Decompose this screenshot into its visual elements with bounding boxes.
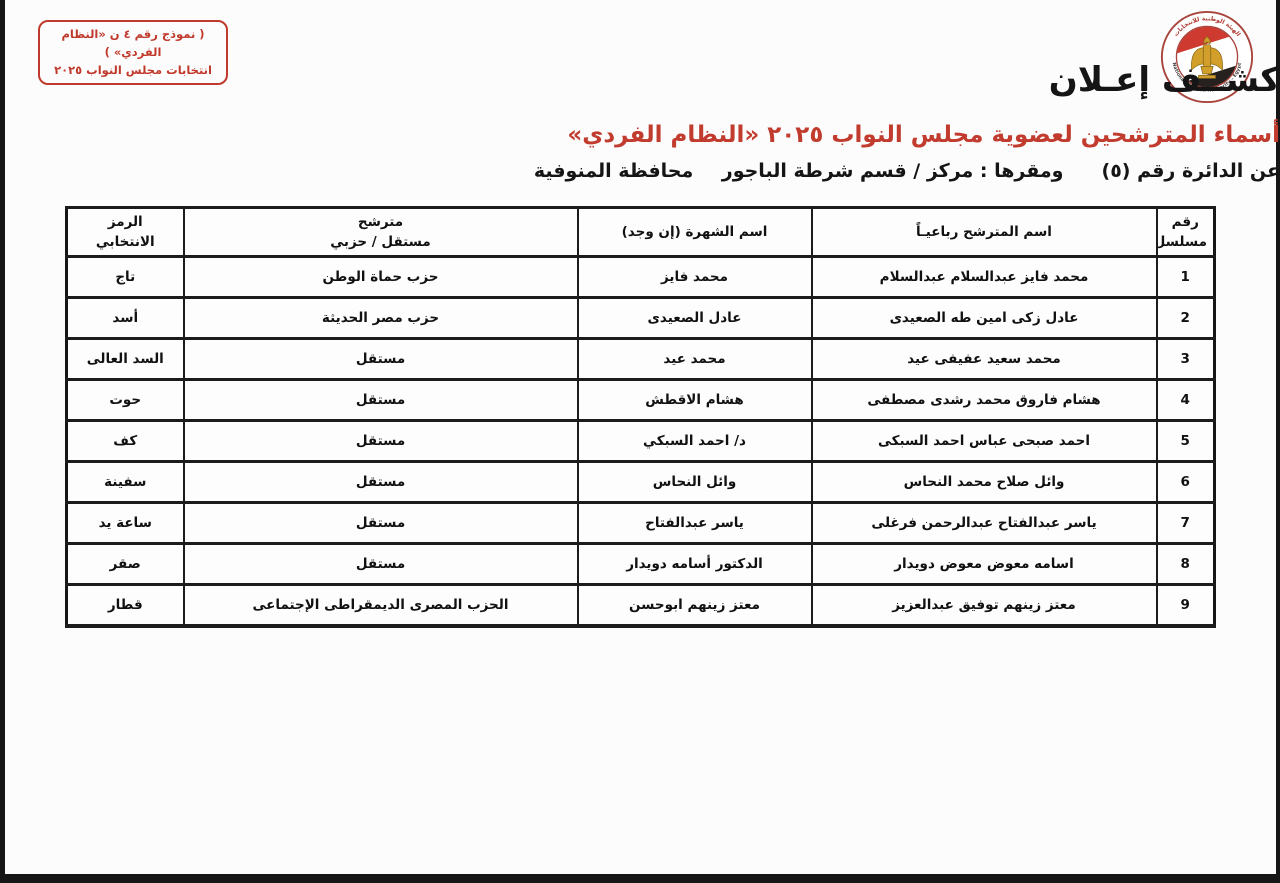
cell-serial: 3 (1157, 339, 1215, 380)
cell-serial: 7 (1157, 503, 1215, 544)
table-row: 8 اسامه معوض معوض دويدار الدكتور أسامه د… (67, 544, 1215, 585)
cell-alias: معتز زينهم ابوحسن (578, 585, 812, 627)
header-symbol-line2: الانتخابي (74, 232, 177, 252)
table-row: 5 احمد صبحى عباس احمد السبكى د/ احمد الس… (67, 421, 1215, 462)
header-symbol: الرمز الانتخابي (67, 208, 184, 257)
scan-edge-bottom (0, 874, 1280, 883)
cell-alias: محمد عيد (578, 339, 812, 380)
header-alias: اسم الشهرة (إن وجد) (578, 208, 812, 257)
cell-symbol: السد العالى (67, 339, 184, 380)
cell-symbol: كف (67, 421, 184, 462)
cell-affiliation: الحزب المصرى الديمقراطى الإجتماعى (184, 585, 578, 627)
cell-affiliation: مستقل (184, 503, 578, 544)
cell-alias: د/ احمد السبكي (578, 421, 812, 462)
cell-symbol: صقر (67, 544, 184, 585)
cell-affiliation: مستقل (184, 421, 578, 462)
cell-full-name: اسامه معوض معوض دويدار (812, 544, 1157, 585)
cell-full-name: ياسر عبدالفتاح عبدالرحمن فرغلى (812, 503, 1157, 544)
header-affiliation-line1: مترشح (191, 212, 571, 232)
cell-affiliation: مستقل (184, 462, 578, 503)
cell-alias: وائل النحاس (578, 462, 812, 503)
header-serial-line2: مسلسل (1164, 232, 1208, 252)
cell-symbol: ساعة يد (67, 503, 184, 544)
cell-serial: 8 (1157, 544, 1215, 585)
cell-full-name: احمد صبحى عباس احمد السبكى (812, 421, 1157, 462)
cell-affiliation: حزب مصر الحديثة (184, 298, 578, 339)
district-line: عن الدائرة رقم (٥) ومقرها : مركز / قسم ش… (0, 160, 1280, 182)
header-row: رقم مسلسل اسم المترشح رباعيـاً اسم الشهر… (67, 208, 1215, 257)
cell-affiliation: مستقل (184, 380, 578, 421)
header-affiliation-line2: مستقل / حزبي (191, 232, 571, 252)
table-row: 9 معتز زينهم توفيق عبدالعزيز معتز زينهم … (67, 585, 1215, 627)
cell-symbol: أسد (67, 298, 184, 339)
header-affiliation: مترشح مستقل / حزبي (184, 208, 578, 257)
table-row: 6 وائل صلاح محمد النحاس وائل النحاس مستق… (67, 462, 1215, 503)
candidates-table: رقم مسلسل اسم المترشح رباعيـاً اسم الشهر… (65, 206, 1216, 628)
form-number-line1: ( نموذج رقم ٤ ن «النظام الفردي» ) (46, 26, 220, 62)
cell-serial: 5 (1157, 421, 1215, 462)
header-symbol-line1: الرمز (74, 212, 177, 232)
cell-alias: عادل الصعيدى (578, 298, 812, 339)
table-row: 4 هشام فاروق محمد رشدى مصطفى هشام الاقطش… (67, 380, 1215, 421)
scanned-document-page: ( نموذج رقم ٤ ن «النظام الفردي» ) انتخاب… (0, 0, 1280, 883)
cell-serial: 1 (1157, 257, 1215, 298)
cell-alias: الدكتور أسامه دويدار (578, 544, 812, 585)
cell-symbol: حوت (67, 380, 184, 421)
cell-serial: 4 (1157, 380, 1215, 421)
header-serial: رقم مسلسل (1157, 208, 1215, 257)
table-row: 3 محمد سعيد عفيفى عيد محمد عيد مستقل الس… (67, 339, 1215, 380)
table-row: 2 عادل زكى امين طه الصعيدى عادل الصعيدى … (67, 298, 1215, 339)
cell-serial: 2 (1157, 298, 1215, 339)
cell-affiliation: حزب حماة الوطن (184, 257, 578, 298)
cell-alias: هشام الاقطش (578, 380, 812, 421)
cell-full-name: محمد سعيد عفيفى عيد (812, 339, 1157, 380)
cell-affiliation: مستقل (184, 544, 578, 585)
document-title: كشــف إعـلان (0, 60, 1280, 100)
cell-symbol: قطار (67, 585, 184, 627)
cell-serial: 6 (1157, 462, 1215, 503)
cell-full-name: هشام فاروق محمد رشدى مصطفى (812, 380, 1157, 421)
cell-full-name: وائل صلاح محمد النحاس (812, 462, 1157, 503)
cell-full-name: محمد فايز عبدالسلام عبدالسلام (812, 257, 1157, 298)
table-row: 7 ياسر عبدالفتاح عبدالرحمن فرغلى ياسر عب… (67, 503, 1215, 544)
cell-symbol: سفينة (67, 462, 184, 503)
cell-alias: ياسر عبدالفتاح (578, 503, 812, 544)
cell-full-name: عادل زكى امين طه الصعيدى (812, 298, 1157, 339)
table-row: 1 محمد فايز عبدالسلام عبدالسلام محمد فاي… (67, 257, 1215, 298)
cell-affiliation: مستقل (184, 339, 578, 380)
document-subtitle: أسماء المترشحين لعضوية مجلس النواب ٢٠٢٥ … (0, 122, 1280, 148)
cell-full-name: معتز زينهم توفيق عبدالعزيز (812, 585, 1157, 627)
header-serial-line1: رقم (1164, 212, 1208, 232)
cell-serial: 9 (1157, 585, 1215, 627)
header-full-name: اسم المترشح رباعيـاً (812, 208, 1157, 257)
cell-alias: محمد فايز (578, 257, 812, 298)
cell-symbol: تاج (67, 257, 184, 298)
